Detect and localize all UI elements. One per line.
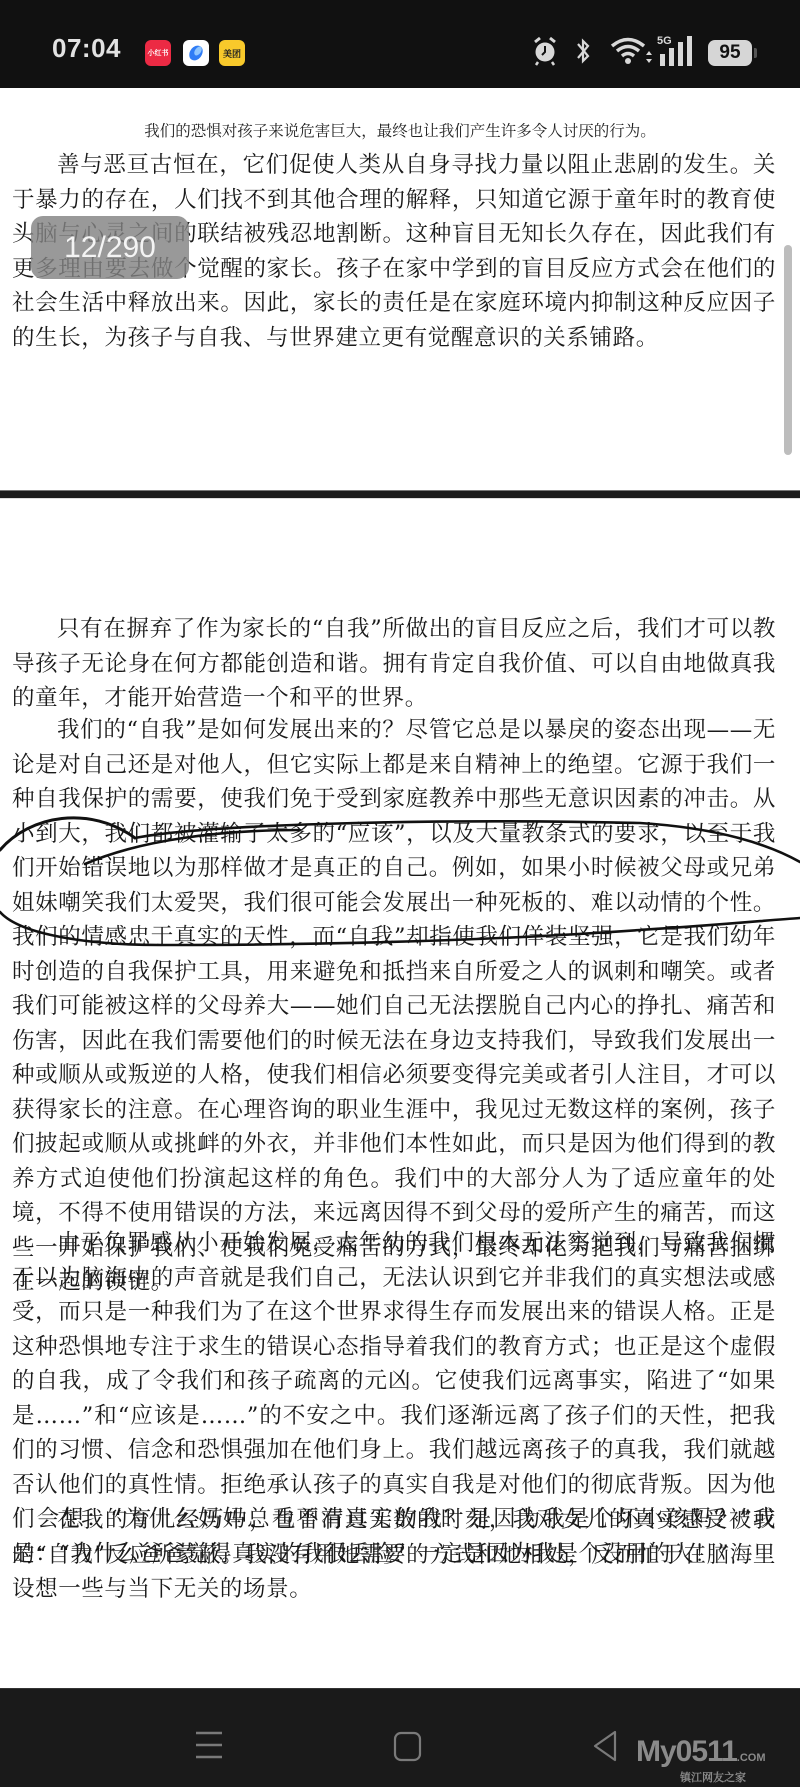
wifi-icon	[610, 36, 652, 71]
watermark-logo: My0511	[636, 1735, 737, 1768]
site-watermark: My0511.COM 镇江网友之家	[636, 1735, 766, 1769]
meituan-notification-icon: 美团	[219, 40, 245, 66]
status-bar: 07:04 小红书 美团 5G 95	[0, 0, 800, 88]
back-button[interactable]	[591, 1729, 621, 1767]
paragraph: 在我的育儿经历中，也曾有过无数的时刻，我对女儿的真实感受被我的“自我”反应所蒙蔽…	[12, 1503, 776, 1607]
browser-notification-icon	[183, 40, 209, 66]
figure-caption: 我们的恐惧对孩子来说危害巨大，最终也让我们产生许多令人讨厌的行为。	[0, 119, 800, 141]
battery-tip	[754, 48, 757, 58]
scrollbar-thumb[interactable]	[784, 245, 792, 455]
reader-page-current[interactable]: 只有在摒弃了作为家长的“自我”所做出的盲目反应之后，我们才可以教导孩子无论身在何…	[0, 499, 800, 1688]
battery-level: 95	[708, 40, 752, 66]
status-time: 07:04	[52, 33, 121, 64]
watermark-suffix: .COM	[737, 1752, 766, 1764]
bluetooth-icon	[575, 36, 591, 71]
page-separator	[0, 490, 800, 499]
xiaohongshu-notification-icon: 小红书	[145, 40, 171, 66]
watermark-subtitle: 镇江网友之家	[680, 1769, 746, 1785]
system-nav-bar: My0511.COM 镇江网友之家	[0, 1688, 800, 1787]
home-button[interactable]	[393, 1731, 423, 1767]
page-counter-badge: 12/290	[31, 216, 189, 279]
alarm-icon	[532, 36, 558, 71]
svg-text:5G: 5G	[657, 35, 672, 47]
reader-page-previous[interactable]: 我们的恐惧对孩子来说危害巨大，最终也让我们产生许多令人讨厌的行为。 善与恶亘古恒…	[0, 88, 800, 490]
paragraph: 我们的“自我”是如何发展出来的？尽管它总是以暴戾的姿态出现——无论是对自己还是对…	[12, 713, 776, 1300]
paragraph: 只有在摒弃了作为家长的“自我”所做出的盲目反应之后，我们才可以教导孩子无论身在何…	[12, 612, 776, 716]
signal-5g-icon: 5G	[657, 34, 697, 73]
menu-button[interactable]	[194, 1729, 224, 1765]
